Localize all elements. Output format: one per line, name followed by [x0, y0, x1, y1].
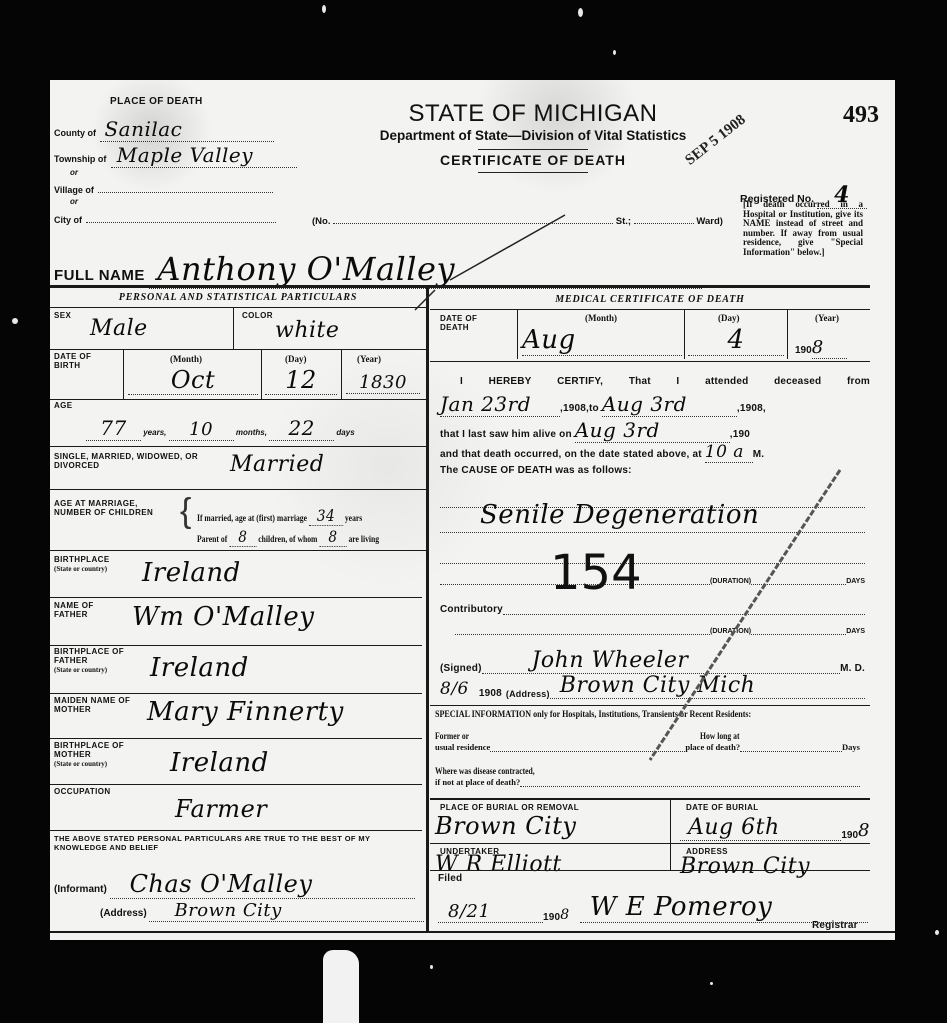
scan-speck [430, 965, 433, 969]
death-certificate: PLACE OF DEATH County of Sanilac Townshi… [50, 80, 895, 940]
pen-strokes [50, 80, 895, 940]
scan-speck [710, 982, 713, 985]
scan-speck [613, 50, 616, 55]
scan-speck [322, 5, 326, 13]
scan-speck [935, 930, 939, 935]
diagonal-cancel-stroke [650, 470, 840, 760]
scan-speck [12, 318, 18, 324]
scan-speck [578, 8, 583, 17]
scan-artifact [323, 950, 359, 1023]
